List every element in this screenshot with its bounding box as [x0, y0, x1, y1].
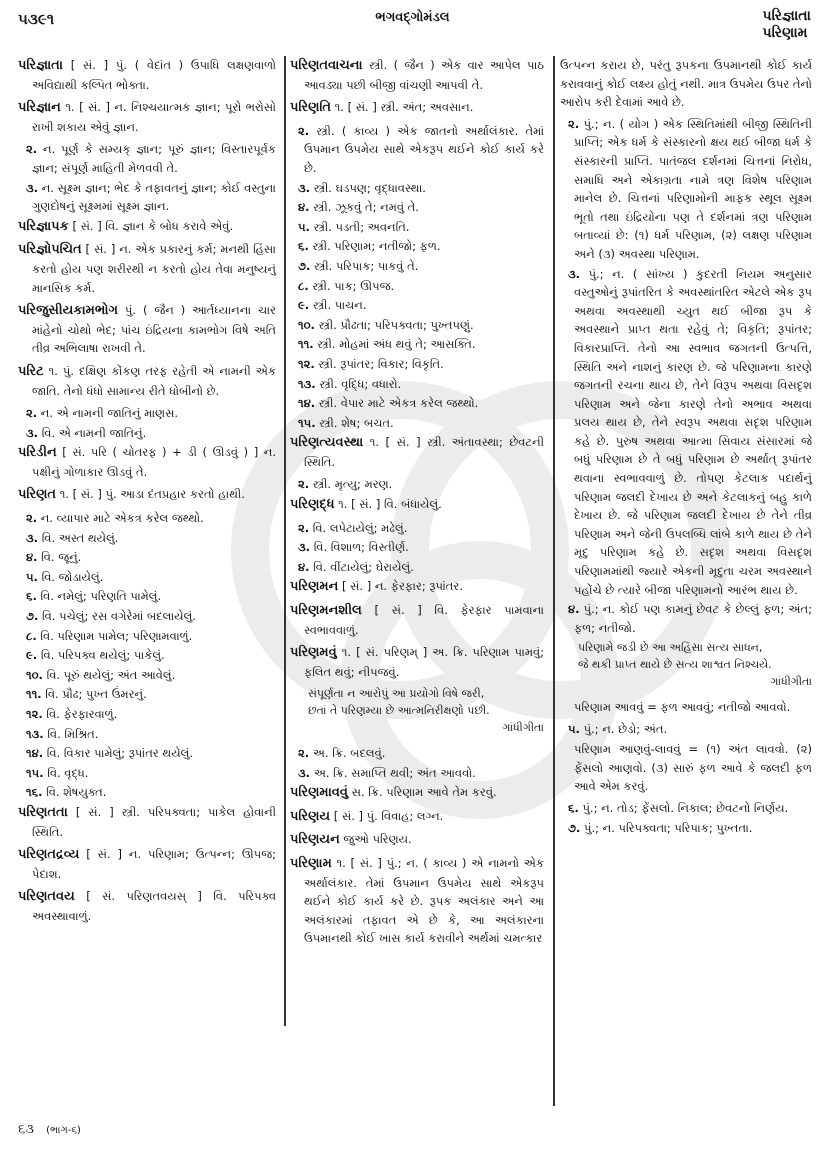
sense-number: ૭.: [298, 259, 310, 273]
sense-text: ન. એ નામની જાતિનું માણસ.: [41, 406, 178, 420]
sense: ૧૬. વિ. શેષયુક્ત.: [18, 783, 276, 802]
sense: ૭. પું.; ન. પરિપક્વતા; પરિપાક; પુખ્તતા.: [560, 819, 812, 838]
headword: પરિજુસીયકામભોગ: [18, 303, 118, 318]
sense-number: ૬.: [298, 239, 309, 253]
dictionary-entry: પરિણતવય [ સં. પરિણતવયસ્ ] વિ. પરિપક્વ અવ…: [18, 887, 276, 925]
sense-text: પું.; ન. પરિપક્વતા; પરિપાક; પુખ્તતા.: [584, 821, 752, 835]
sense-number: ૯.: [26, 648, 37, 662]
sense-number: ૨.: [298, 746, 309, 760]
sense-text: સ્ત્રી. ઘડપણ; વૃદ્ધાવસ્થા.: [314, 181, 426, 195]
sense-number: ૧૫.: [298, 416, 316, 430]
sense: ૨. અ. ક્રિ. બદલવું.: [290, 744, 544, 763]
definition: [ સં. ] ન. ફેરફાર; રૂપાંતર.: [338, 579, 463, 593]
sense-text: વિ. જોડાયેલું.: [42, 570, 104, 584]
definition: ૧. [ સં. ] સ્ત્રી. અંત; અવસાન.: [331, 100, 473, 114]
sense-number: ૨.: [568, 117, 579, 131]
sense-text: વિ. મિશ્રિત.: [47, 727, 98, 741]
sense-number: ૭.: [568, 821, 580, 835]
dictionary-entry: પરિણમનશીલ [ સં. ] વિ. ફેરફાર પામવાના સ્વ…: [290, 601, 544, 639]
quote-line: છતાં તે પરિણમ્યા છે આત્મનિરીક્ષણો પછી.: [308, 702, 544, 719]
entry-head: પરિણતવય [ સં. પરિણતવયસ્ ] વિ. પરિપક્વ અવ…: [18, 887, 276, 925]
entry-head: પરિટ ૧. પું. દક્ષિણ કોંકણ તરફ રહેતી એ ના…: [18, 362, 276, 400]
sense-text: વિ. પ્રૌઢ; પુખ્ત ઉંમરનું.: [45, 687, 146, 701]
sense-number: ૫.: [298, 220, 310, 234]
sense-text: ન. સૂક્ષ્મ જ્ઞાન; ભેદ કે તફાવતનું જ્ઞાન;…: [32, 181, 276, 214]
sense-text: વિ. એ નામની જાતિનું.: [42, 426, 147, 440]
entry-head: પરિણમાવવું સ. ક્રિ. પરિણામ આવે તેમ કરવું…: [290, 783, 544, 803]
headword: પરિણયન: [290, 832, 340, 847]
sense-number: ૨.: [26, 406, 37, 420]
headword: પરિણતતા: [18, 805, 68, 820]
sense-text: અ. ક્રિ. બદલવું.: [313, 746, 386, 760]
sense: ૨. ન. વ્યાપાર માટે એકત્ર કરેલ જથ્થો.: [18, 509, 276, 528]
sense-text: વિ. વીંટાયેલું; ઘેરાયેલું.: [313, 560, 414, 574]
sense-number: ૪.: [26, 550, 38, 564]
sense-number: ૧૩.: [26, 727, 44, 741]
sense: ૮. વિ. પરિણામ પામેલ; પરિણામવાળું.: [18, 627, 276, 646]
sense-text: વિ. પરિણામ પામેલ; પરિણામવાળું.: [40, 629, 192, 643]
dictionary-entry: પરિણતતા [ સં. ] સ્ત્રી. પરિપક્વતા; પાકેલ…: [18, 803, 276, 841]
sense-number: ૧૪.: [298, 396, 315, 410]
sense: ૩. સ્ત્રી. ઘડપણ; વૃદ્ધાવસ્થા.: [290, 179, 544, 198]
sense: ૩. અ. ક્રિ. સમાપ્તિ થવી; અંત આવવો.: [290, 764, 544, 783]
sense-text: વિ. પરિપક્વ થયેલું; પાકેલું.: [41, 648, 165, 662]
entry-head: પરિણય [ સં. ] પું. વિવાહ; લગ્ન.: [290, 807, 544, 827]
headword: પરિણતિ: [290, 100, 331, 115]
sense-number: ૧૪.: [26, 746, 43, 760]
sense: ૩. ન. સૂક્ષ્મ જ્ઞાન; ભેદ કે તફાવતનું જ્ઞ…: [18, 179, 276, 216]
definition: [ સં. ] પું. ( વેદાંત ) ઉપાધિ લક્ષણવાળો …: [32, 58, 276, 92]
sense: ૫. પું.; ન. છેડો; અંત.: [560, 720, 812, 739]
sense: ૨. ન. એ નામની જાતિનું માણસ.: [18, 404, 276, 423]
volume-label: (ભાગ-૬): [46, 1125, 81, 1136]
headword: પરિજ્ઞાપક: [18, 219, 69, 234]
dictionary-entry: પરિણતવાચના સ્ત્રી. ( જૈન ) એક વાર આપેલ પ…: [290, 56, 544, 94]
sense-text: પું.; ન. ( સાંખ્ય ) કુદરતી નિયમ અનુસાર વ…: [574, 267, 812, 597]
headword: પરિણતવય: [18, 889, 75, 904]
definition: [ સં. ] સ્ત્રી. પરિપક્વતા; પાકેલ હોવાની …: [32, 805, 276, 839]
sense-text: સ્ત્રી. મૃત્યુ; મરણ.: [313, 477, 393, 491]
sense: ૧૩. વિ. મિશ્રિત.: [18, 725, 276, 744]
quote-line: સંપૂર્ણતા ન આરોપું આ પ્રયોગો વિષે જરી,: [308, 685, 544, 702]
entry-head: પરિણદ્ધ ૧. [ સં. ] વિ. બંધાયેલું.: [290, 495, 544, 515]
sense-text: સ્ત્રી. પરિપાક; પાકવું તે.: [314, 259, 418, 273]
sense-number: ૮.: [26, 629, 37, 643]
entry-head: પરિણતિ ૧. [ સં. ] સ્ત્રી. અંત; અવસાન.: [290, 98, 544, 118]
page-footer: ૬૩ (ભાગ-૬): [18, 1122, 81, 1137]
sense-list: ૨. પું.; ન. ( યોગ ) એક સ્થિતિમાંથી બીજી …: [560, 115, 812, 638]
sense: ૩. વિ. અસ્ત થયેલું.: [18, 529, 276, 548]
column-divider: [284, 56, 286, 1026]
sense-text: સ્ત્રી. વેપાર માટે એકત્ર કરેલ જથ્થો.: [319, 396, 479, 410]
sense-number: ૫.: [26, 570, 38, 584]
sense-number: ૮.: [298, 279, 309, 293]
definition: ૧. [ સં. ] પું.; ન. ( કાવ્ય ) એ નામનો એક…: [304, 856, 544, 945]
sense-text: વિ. જૂનું.: [41, 550, 81, 564]
entry-head: પરિણતદ્રવ્ય [ સં. ] ન. પરિણામ; ઉત્પન્ન; …: [18, 845, 276, 883]
guide-word-first: પરિજ્ઞાતા: [763, 8, 811, 25]
sense-text: વિ. નમેલું; પરિણતિ પામેલું.: [40, 589, 161, 603]
definition: [ સં. ] વિ. જ્ઞાન કે બોધ કરાવે એવું.: [69, 219, 233, 233]
book-title: ભગવદ્ગોમંડલ: [0, 10, 825, 25]
sense-number: ૩.: [26, 181, 38, 195]
sense: ૧૨. સ્ત્રી. રૂપાંતર; વિકાર; વિકૃતિ.: [290, 355, 544, 374]
definition: ૧. પું. દક્ષિણ કોંકણ તરફ રહેતી એ નામની એ…: [32, 364, 276, 398]
sense-text: સ્ત્રી. વૃદ્ધિ; વધારો.: [319, 377, 401, 391]
dictionary-entry: પરિણત ૧. [ સં. ] પું. આડા દંતપ્રહાર કરતો…: [18, 485, 276, 802]
sense-number: ૧૨.: [298, 357, 315, 371]
sense-text: સ્ત્રી. પ્રૌઢતા; પરિપક્વતા; પુખ્તપણું.: [319, 318, 474, 332]
sense: ૫. સ્ત્રી. પડતી; અવનતિ.: [290, 218, 544, 237]
sense: ૬. સ્ત્રી. પરિણામ; નતીજો; ફળ.: [290, 237, 544, 256]
headword: પરિણમાવવું: [290, 785, 348, 800]
sense-number: ૧૧.: [298, 337, 314, 351]
sense-text: સ્ત્રી. શેષ; બચત.: [319, 416, 393, 430]
quote-source: ગાંધીગીતા: [560, 673, 812, 692]
sense-text: ન. પૂર્ણ કે સમ્યક્ જ્ઞાન; પૂરું જ્ઞાન; વ…: [32, 142, 276, 175]
headword: પરિડીન: [18, 445, 57, 460]
sense-number: ૪.: [568, 602, 580, 616]
idiom: પરિણામ આણવું-લાવવું = (૧) અંત લાવવો. (૨)…: [570, 740, 812, 796]
column-middle: પરિણતવાચના સ્ત્રી. ( જૈન ) એક વાર આપેલ પ…: [290, 56, 544, 1116]
sense-number: ૧૨.: [26, 707, 43, 721]
sense-text: પું.; ન. ( યોગ ) એક સ્થિતિમાંથી બીજી સ્થ…: [574, 117, 812, 261]
sense: ૪. વિ. વીંટાયેલું; ઘેરાયેલું.: [290, 558, 544, 577]
definition: ૧. [ સં. ] વિ. બંધાયેલું.: [335, 497, 442, 511]
dictionary-columns: પરિજ્ઞાતા [ સં. ] પું. ( વેદાંત ) ઉપાધિ …: [0, 56, 825, 1116]
sheet-number: ૬૩: [18, 1122, 34, 1137]
sense: ૧૩. સ્ત્રી. વૃદ્ધિ; વધારો.: [290, 375, 544, 394]
definition: જુઓ પરિણય.: [340, 832, 412, 846]
sense-number: ૨.: [298, 124, 309, 138]
dictionary-entry: પરિડીન [ સં. પરિ ( ચોતરફ ) + ડી ( ઊડવું …: [18, 443, 276, 481]
sense-text: પું.; ન. તોડ; ફેંસલો. નિકાલ; છેવટનો નિર્…: [582, 801, 788, 815]
sense: ૭. સ્ત્રી. પરિપાક; પાકવું તે.: [290, 257, 544, 276]
sense-number: ૨.: [26, 142, 37, 156]
quote-source: ગાંધીગીતા: [290, 719, 544, 738]
entry-head: પરિણયન જુઓ પરિણય.: [290, 830, 544, 850]
headword: પરિજ્ઞોપચિત: [18, 242, 82, 257]
sense-text: સ્ત્રી. પાક; ઊપજ.: [312, 279, 394, 293]
sense: ૩. વિ. વિશાળ; વિસ્તીર્ણ.: [290, 538, 544, 557]
sense-number: ૧૦.: [298, 318, 315, 332]
sense-text: પું.; ન. કોઈ પણ કામનું છેવટ કે છેલ્લું ફ…: [574, 602, 812, 635]
headword: પરિણમવું: [290, 645, 337, 660]
sense-text: વિ. અસ્ત થયેલું.: [42, 531, 119, 545]
sense: ૬. પું.; ન. તોડ; ફેંસલો. નિકાલ; છેવટનો ન…: [560, 799, 812, 818]
sense: ૨. સ્ત્રી. ( કાવ્ય ) એક જાતનો અર્થાલંકાર…: [290, 122, 544, 178]
guide-words: પરિજ્ઞાતા પરિણામ: [763, 8, 811, 42]
sense-number: ૩.: [298, 540, 310, 554]
sense-text: સ્ત્રી. મોહમાં અંધ થવું તે; આસક્તિ.: [317, 337, 475, 351]
headword: પરિણતદ્રવ્ય: [18, 847, 79, 862]
entry-head: પરિણતવાચના સ્ત્રી. ( જૈન ) એક વાર આપેલ પ…: [290, 56, 544, 94]
sense-number: ૨.: [298, 521, 309, 535]
column-divider: [553, 56, 555, 1106]
sense: ૫. વિ. જોડાયેલું.: [18, 568, 276, 587]
sense: ૨. પું.; ન. ( યોગ ) એક સ્થિતિમાંથી બીજી …: [560, 115, 812, 264]
dictionary-entry: પરિણમવું ૧. [ સં. પરિણમ્ ] અ. ક્રિ. પરિણ…: [290, 643, 544, 782]
definition: [ સં. ] પું. વિવાહ; લગ્ન.: [330, 809, 443, 823]
quote-line: પરિણામે જડી છે આ અહિંસા સત્ય સાધન,: [578, 639, 812, 656]
sense: ૧૨. વિ. ફેરફારવાળું.: [18, 705, 276, 724]
sense-number: ૫.: [568, 722, 580, 736]
sense: ૯. વિ. પરિપક્વ થયેલું; પાકેલું.: [18, 646, 276, 665]
entry-head: પરિડીન [ સં. પરિ ( ચોતરફ ) + ડી ( ઊડવું …: [18, 443, 276, 481]
sense-text: સ્ત્રી. ( કાવ્ય ) એક જાતનો અર્થાલંકાર. ત…: [304, 124, 544, 175]
sense: ૬. વિ. નમેલું; પરિણતિ પામેલું.: [18, 587, 276, 606]
headword: પરિણમન: [290, 579, 338, 594]
entry-head: પરિણમન [ સં. ] ન. ફેરફાર; રૂપાંતર.: [290, 577, 544, 597]
sense-number: ૩.: [26, 426, 38, 440]
sense-list: ૬. પું.; ન. તોડ; ફેંસલો. નિકાલ; છેવટનો ન…: [560, 799, 812, 837]
headword: પરિટ: [18, 364, 44, 379]
dictionary-entry: પરિણત્યવસ્થા ૧. [ સં. ] સ્ત્રી. અંતાવસ્થ…: [290, 433, 544, 494]
sense-text: સ્ત્રી. ઝૂકવું તે; નમવું તે.: [313, 200, 419, 214]
dictionary-entry: પરિણમન [ સં. ] ન. ફેરફાર; રૂપાંતર.: [290, 577, 544, 597]
sense-number: ૯.: [298, 298, 309, 312]
sense: ૩. વિ. એ નામની જાતિનું.: [18, 424, 276, 443]
entry-head: પરિજુસીયકામભોગ પું. ( જૈન ) આર્તધ્યાનના …: [18, 301, 276, 358]
sense: ૧૫. વિ. વૃદ્ધ.: [18, 764, 276, 783]
sense-number: ૨.: [26, 511, 37, 525]
sense: ૯. સ્ત્રી. પાચન.: [290, 296, 544, 315]
sense-number: ૬.: [26, 589, 37, 603]
sense: ૨. સ્ત્રી. મૃત્યુ; મરણ.: [290, 475, 544, 494]
sense-text: સ્ત્રી. રૂપાંતર; વિકાર; વિકૃતિ.: [318, 357, 443, 371]
sense-number: ૧૧.: [26, 687, 42, 701]
definition: સ. ક્રિ. પરિણામ આવે તેમ કરવું.: [348, 785, 497, 799]
sense-number: ૧૬.: [26, 785, 42, 799]
headword: પરિણત: [18, 487, 56, 502]
sense-number: ૪.: [298, 200, 310, 214]
dictionary-entry: પરિજ્ઞોપચિત [ સં. ] ન. એક પ્રકારનું કર્મ…: [18, 240, 276, 297]
sense: ૧૧. સ્ત્રી. મોહમાં અંધ થવું તે; આસક્તિ.: [290, 335, 544, 354]
idiom: પરિણામ આવવું = ફળ આવવું; નતીજો આવવો.: [570, 698, 812, 717]
sense-number: ૩.: [26, 531, 38, 545]
definition: ૧. [ સં. ] ન. નિશ્ચયાત્મક જ્ઞાન; પૂરો ભર…: [32, 100, 276, 134]
headword: પરિણતવાચના: [290, 58, 363, 73]
entry-head: પરિજ્ઞાન ૧. [ સં. ] ન. નિશ્ચયાત્મક જ્ઞાન…: [18, 98, 276, 136]
sense-text: અ. ક્રિ. સમાપ્તિ થવી; અંત આવવો.: [314, 766, 476, 780]
sense: ૧૧. વિ. પ્રૌઢ; પુખ્ત ઉંમરનું.: [18, 685, 276, 704]
dictionary-entry: પરિણદ્ધ ૧. [ સં. ] વિ. બંધાયેલું.૨. વિ. …: [290, 495, 544, 576]
sense-number: ૧૩.: [298, 377, 316, 391]
entry-head: પરિણત ૧. [ સં. ] પું. આડા દંતપ્રહાર કરતો…: [18, 485, 276, 505]
dictionary-entry: પરિટ ૧. પું. દક્ષિણ કોંકણ તરફ રહેતી એ ના…: [18, 362, 276, 442]
column-left: પરિજ્ઞાતા [ સં. ] પું. ( વેદાંત ) ઉપાધિ …: [18, 56, 276, 1116]
entry-head: પરિજ્ઞાતા [ સં. ] પું. ( વેદાંત ) ઉપાધિ …: [18, 56, 276, 94]
headword: પરિજ્ઞાતા: [18, 58, 63, 73]
sense: ૩. પું.; ન. ( સાંખ્ય ) કુદરતી નિયમ અનુસા…: [560, 265, 812, 600]
entry-head: પરિણત્યવસ્થા ૧. [ સં. ] સ્ત્રી. અંતાવસ્થ…: [290, 433, 544, 471]
entry-continuation: ઉત્પન્ન કરાય છે, પરંતુ રૂપકના ઉપમાનથી કો…: [560, 56, 812, 112]
sense-number: ૬.: [568, 801, 579, 815]
sense-text: વિ. પૂરું થયેલું; અંત આવેલું.: [47, 668, 176, 682]
sense-text: સ્ત્રી. પાચન.: [313, 298, 367, 312]
entry-head: પરિણામ ૧. [ સં. ] પું.; ન. ( કાવ્ય ) એ ન…: [290, 854, 544, 948]
sense-number: ૧૫.: [26, 766, 44, 780]
headword: પરિણદ્ધ: [290, 497, 335, 512]
sense-text: વિ. લપેટાયેલું; મઢેલું.: [313, 521, 408, 535]
definition: ૧. [ સં. ] પું. આડા દંતપ્રહાર કરતો હાથી.: [56, 487, 245, 501]
sense: ૧૦. સ્ત્રી. પ્રૌઢતા; પરિપક્વતા; પુખ્તપણુ…: [290, 316, 544, 335]
sense: ૪. સ્ત્રી. ઝૂકવું તે; નમવું તે.: [290, 198, 544, 217]
dictionary-entry: પરિજુસીયકામભોગ પું. ( જૈન ) આર્તધ્યાનના …: [18, 301, 276, 358]
sense-text: વિ. પચેલું; રસ વગેરેમાં બદલાયેલું.: [42, 609, 196, 623]
guide-word-last: પરિણામ: [763, 25, 811, 42]
sense: ૪. પું.; ન. કોઈ પણ કામનું છેવટ કે છેલ્લુ…: [560, 600, 812, 637]
sense: ૨. વિ. લપેટાયેલું; મઢેલું.: [290, 519, 544, 538]
headword: પરિણમનશીલ: [290, 603, 362, 618]
sense-text: વિ. વિકાર પામેલું; રૂપાંતર થયેલું.: [47, 746, 193, 760]
entry-head: પરિણતતા [ સં. ] સ્ત્રી. પરિપક્વતા; પાકેલ…: [18, 803, 276, 841]
definition: [ સં. પરિ ( ચોતરફ ) + ડી ( ઊડવું ) ] ન. …: [32, 445, 276, 479]
dictionary-entry: પરિણય [ સં. ] પું. વિવાહ; લગ્ન.: [290, 807, 544, 827]
dictionary-entry: પરિણતિ ૧. [ સં. ] સ્ત્રી. અંત; અવસાન.૨. …: [290, 98, 544, 432]
entry-head: પરિજ્ઞાપક [ સં. ] વિ. જ્ઞાન કે બોધ કરાવે…: [18, 217, 276, 237]
sense-text: સ્ત્રી. પડતી; અવનતિ.: [314, 220, 410, 234]
sense-number: ૧૦.: [26, 668, 43, 682]
sense: ૮. સ્ત્રી. પાક; ઊપજ.: [290, 277, 544, 296]
headword: પરિણય: [290, 809, 330, 824]
dictionary-entry: પરિજ્ઞાપક [ સં. ] વિ. જ્ઞાન કે બોધ કરાવે…: [18, 217, 276, 237]
sense: ૧૫. સ્ત્રી. શેષ; બચત.: [290, 414, 544, 433]
sense-number: ૩.: [298, 181, 310, 195]
entry-head: પરિણમવું ૧. [ સં. પરિણમ્ ] અ. ક્રિ. પરિણ…: [290, 643, 544, 681]
quotation: સંપૂર્ણતા ન આરોપું આ પ્રયોગો વિષે જરી,છત…: [308, 685, 544, 719]
entry-head: પરિજ્ઞોપચિત [ સં. ] ન. એક પ્રકારનું કર્મ…: [18, 240, 276, 297]
headword: પરિણત્યવસ્થા: [290, 435, 363, 450]
sense: ૧૪. વિ. વિકાર પામેલું; રૂપાંતર થયેલું.: [18, 744, 276, 763]
sense-text: વિ. શેષયુક્ત.: [46, 785, 106, 799]
sense-number: ૩.: [568, 267, 580, 281]
sense-text: વિ. વિશાળ; વિસ્તીર્ણ.: [314, 540, 409, 554]
dictionary-entry: પરિણતદ્રવ્ય [ સં. ] ન. પરિણામ; ઉત્પન્ન; …: [18, 845, 276, 883]
sense-text: વિ. ફેરફારવાળું.: [46, 707, 117, 721]
sense-number: ૪.: [298, 560, 310, 574]
sense: ૧૪. સ્ત્રી. વેપાર માટે એકત્ર કરેલ જથ્થો.: [290, 394, 544, 413]
dictionary-entry: પરિજ્ઞાતા [ સં. ] પું. ( વેદાંત ) ઉપાધિ …: [18, 56, 276, 94]
sense-text: વિ. વૃદ્ધ.: [47, 766, 88, 780]
entry-head: પરિણમનશીલ [ સં. ] વિ. ફેરફાર પામવાના સ્વ…: [290, 601, 544, 639]
dictionary-entry: પરિણયન જુઓ પરિણય.: [290, 830, 544, 850]
definition: ૧. [ સં. પરિણમ્ ] અ. ક્રિ. પરિણામ પામવું…: [304, 645, 544, 679]
dictionary-entry: પરિણમાવવું સ. ક્રિ. પરિણામ આવે તેમ કરવું…: [290, 783, 544, 803]
quote-line: જે થકી પ્રાપ્ત થાયે છે સત્ય શાશ્વત નિશ્ચ…: [578, 656, 812, 673]
sense-text: પું.; ન. છેડો; અંત.: [584, 722, 668, 736]
sense: ૭. વિ. પચેલું; રસ વગેરેમાં બદલાયેલું.: [18, 607, 276, 626]
sense: ૪. વિ. જૂનું.: [18, 548, 276, 567]
sense-number: ૭.: [26, 609, 38, 623]
page-header: ૫૩૯૧ ભગવદ્ગોમંડલ પરિજ્ઞાતા પરિણામ: [0, 0, 825, 56]
dictionary-entry: પરિજ્ઞાન ૧. [ સં. ] ન. નિશ્ચયાત્મક જ્ઞાન…: [18, 98, 276, 216]
dictionary-entry: પરિણામ ૧. [ સં. ] પું.; ન. ( કાવ્ય ) એ ન…: [290, 854, 544, 948]
sense-number: ૩.: [298, 766, 310, 780]
headword: પરિણામ: [290, 856, 332, 871]
column-right: ઉત્પન્ન કરાય છે, પરંતુ રૂપકના ઉપમાનથી કો…: [560, 56, 812, 1116]
sense: ૧૦. વિ. પૂરું થયેલું; અંત આવેલું.: [18, 666, 276, 685]
headword: પરિજ્ઞાન: [18, 100, 61, 115]
quotation: પરિણામે જડી છે આ અહિંસા સત્ય સાધન, જે થક…: [578, 639, 812, 673]
sense-text: ન. વ્યાપાર માટે એકત્ર કરેલ જથ્થો.: [41, 511, 204, 525]
sense: ૨. ન. પૂર્ણ કે સમ્યક્ જ્ઞાન; પૂરું જ્ઞાન…: [18, 140, 276, 177]
sense-number: ૨.: [298, 477, 309, 491]
sense-text: સ્ત્રી. પરિણામ; નતીજો; ફળ.: [312, 239, 440, 253]
